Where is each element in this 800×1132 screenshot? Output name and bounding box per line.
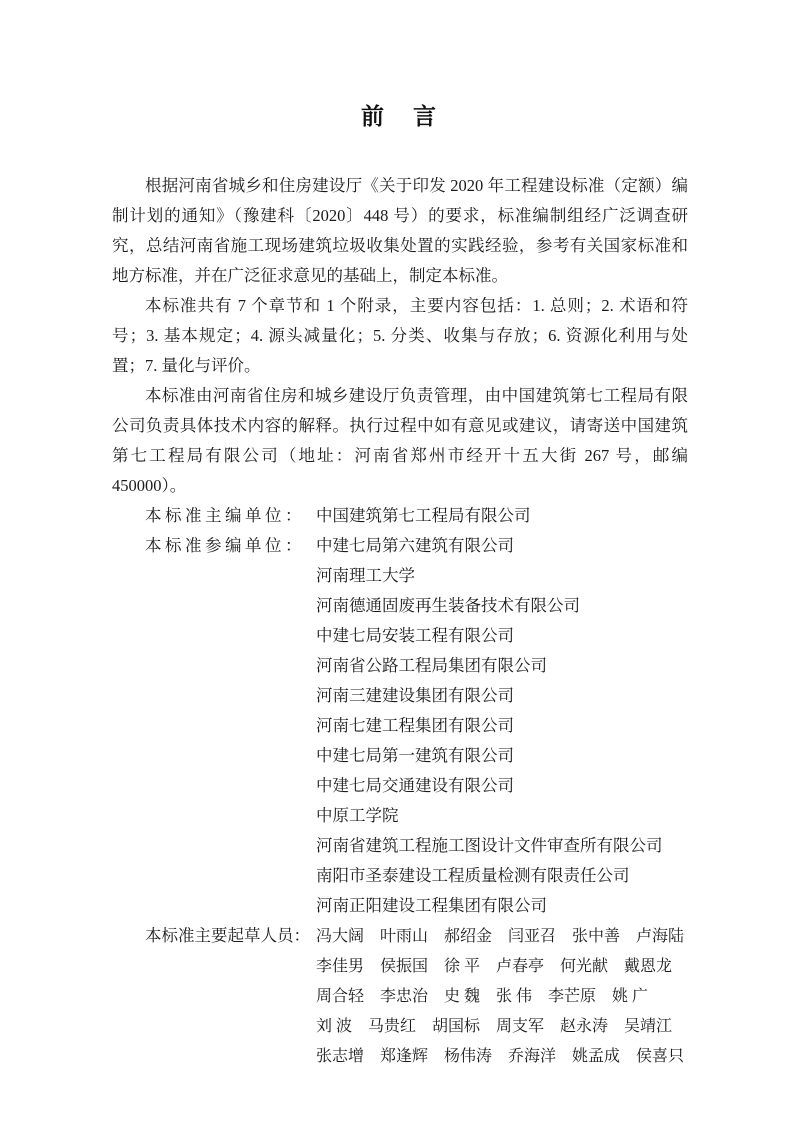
participating-unit: 中建七局第六建筑有限公司 (316, 531, 688, 561)
paragraph-management: 本标准由河南省住房和城乡建设厅负责管理，由中国建筑第七工程局有限公司负责具体技术… (112, 381, 688, 501)
participating-units-row: 河南德通固废再生装备技术有限公司 (112, 591, 688, 621)
drafter-names: 李佳男 侯振国 徐 平 卢春亭 何光献 戴恩龙 (316, 952, 688, 982)
participating-unit: 中原工学院 (316, 801, 688, 831)
participating-units-row: 河南七建工程集团有限公司 (112, 711, 688, 741)
document-page: 前 言 根据河南省城乡和住房建设厅《关于印发 2020 年工程建设标准（定额）编… (0, 0, 800, 1132)
participating-unit: 南阳市圣泰建设工程质量检测有限责任公司 (316, 861, 688, 891)
drafters-row: 本标准主要起草人员： 冯大阔 叶雨山 郝绍金 闫亚召 张中善 卢海陆 (112, 921, 688, 952)
drafters-label: 本标准主要起草人员： (112, 921, 316, 951)
drafters-row: 李佳男 侯振国 徐 平 卢春亭 何光献 戴恩龙 (112, 952, 688, 982)
paragraph-contents: 本标准共有 7 个章节和 1 个附录，主要内容包括：1. 总则；2. 术语和符号… (112, 291, 688, 381)
participating-unit: 中建七局第一建筑有限公司 (316, 741, 688, 771)
participating-unit: 河南省公路工程局集团有限公司 (316, 651, 688, 681)
document-body: 根据河南省城乡和住房建设厅《关于印发 2020 年工程建设标准（定额）编制计划的… (112, 171, 688, 1072)
participating-units-row: 中建七局安装工程有限公司 (112, 621, 688, 651)
participating-unit: 河南正阳建设工程集团有限公司 (316, 891, 688, 921)
participating-unit: 河南三建建设集团有限公司 (316, 681, 688, 711)
drafter-names: 刘 波 马贵红 胡国标 周支军 赵永涛 吴靖江 (316, 1012, 688, 1042)
participating-unit: 中建七局交通建设有限公司 (316, 771, 688, 801)
participating-unit: 河南理工大学 (316, 561, 688, 591)
drafters-row: 刘 波 马贵红 胡国标 周支军 赵永涛 吴靖江 (112, 1012, 688, 1042)
participating-units-row: 河南省建筑工程施工图设计文件审查所有限公司 (112, 831, 688, 861)
drafter-names: 张志增 郑逢辉 杨伟涛 乔海洋 姚孟成 侯喜只 (316, 1042, 688, 1072)
participating-units-row: 中建七局第一建筑有限公司 (112, 741, 688, 771)
chief-editor-label: 本标准主编单位： (112, 501, 316, 531)
paragraph-basis: 根据河南省城乡和住房建设厅《关于印发 2020 年工程建设标准（定额）编制计划的… (112, 171, 688, 291)
participating-units-row: 中原工学院 (112, 801, 688, 831)
participating-units-row: 中建七局交通建设有限公司 (112, 771, 688, 801)
participating-units-label: 本标准参编单位： (112, 531, 316, 561)
participating-units-row: 本标准参编单位： 中建七局第六建筑有限公司 (112, 531, 688, 561)
drafter-names: 冯大阔 叶雨山 郝绍金 闫亚召 张中善 卢海陆 (316, 922, 688, 952)
chief-editor-row: 本标准主编单位： 中国建筑第七工程局有限公司 (112, 501, 688, 531)
participating-units-row: 南阳市圣泰建设工程质量检测有限责任公司 (112, 861, 688, 891)
drafters-row: 周合轻 李忠治 史 魏 张 伟 李芒原 姚 广 (112, 982, 688, 1012)
participating-units-row: 河南正阳建设工程集团有限公司 (112, 891, 688, 921)
participating-unit: 河南省建筑工程施工图设计文件审查所有限公司 (316, 831, 688, 861)
participating-unit: 中建七局安装工程有限公司 (316, 621, 688, 651)
page-title: 前 言 (0, 0, 800, 130)
chief-editor-unit: 中国建筑第七工程局有限公司 (316, 501, 688, 531)
participating-unit: 河南七建工程集团有限公司 (316, 711, 688, 741)
drafters-row: 张志增 郑逢辉 杨伟涛 乔海洋 姚孟成 侯喜只 (112, 1042, 688, 1072)
participating-unit: 河南德通固废再生装备技术有限公司 (316, 591, 688, 621)
participating-units-row: 河南省公路工程局集团有限公司 (112, 651, 688, 681)
participating-units-row: 河南三建建设集团有限公司 (112, 681, 688, 711)
participating-units-row: 河南理工大学 (112, 561, 688, 591)
drafter-names: 周合轻 李忠治 史 魏 张 伟 李芒原 姚 广 (316, 982, 688, 1012)
